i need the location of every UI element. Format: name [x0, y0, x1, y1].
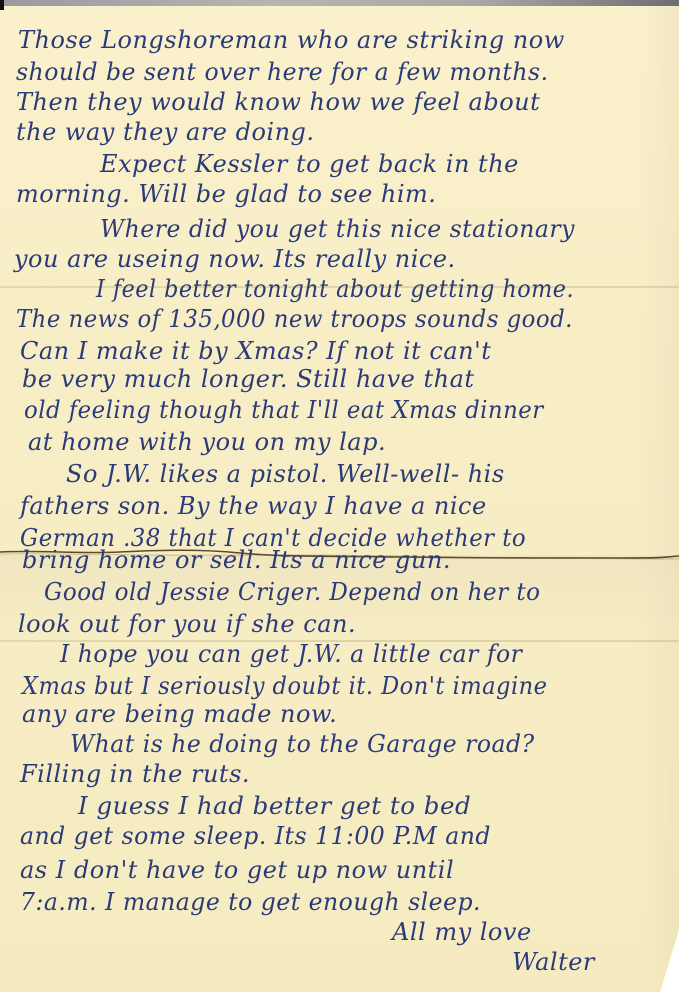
letter-line: the way they are doing. — [16, 118, 315, 146]
letter-line: as I don't have to get up now until — [20, 856, 454, 884]
letter-line: any are being made now. — [22, 700, 337, 728]
letter-line: 7:a.m. I manage to get enough sleep. — [20, 888, 481, 916]
letter-line: Xmas but I seriously doubt it. Don't ima… — [22, 672, 547, 700]
letter-signature: Walter — [512, 948, 595, 976]
letter-line: Good old Jessie Criger. Depend on her to — [44, 578, 540, 606]
letter-line: and get some sleep. Its 11:00 P.M and — [20, 822, 491, 850]
letter-line: I guess I had better get to bed — [78, 792, 471, 820]
letter-line: you are useing now. Its really nice. — [14, 245, 456, 273]
letter-line: Can I make it by Xmas? If not it can't — [20, 337, 491, 365]
letter-body: Those Longshoreman who are striking nows… — [0, 0, 679, 1000]
letter-line: be very much longer. Still have that — [22, 365, 475, 393]
letter-line: fathers son. By the way I have a nice — [20, 492, 487, 520]
letter-line: Filling in the ruts. — [20, 760, 250, 788]
letter-line: Then they would know how we feel about — [16, 88, 540, 116]
letter-line: I hope you can get J.W. a little car for — [60, 640, 522, 668]
letter-line: What is he doing to the Garage road? — [70, 730, 535, 758]
letter-line: Where did you get this nice stationary — [100, 215, 575, 243]
letter-line: morning. Will be glad to see him. — [16, 180, 436, 208]
letter-line: Those Longshoreman who are striking now — [18, 26, 565, 54]
letter-closing: All my love — [392, 918, 532, 946]
letter-line: Expect Kessler to get back in the — [100, 150, 519, 178]
letter-line: at home with you on my lap. — [28, 428, 386, 456]
letter-line: The news of 135,000 new troops sounds go… — [16, 305, 573, 333]
scan-top-edge — [0, 0, 679, 6]
letter-line: So J.W. likes a pistol. Well-well- his — [66, 460, 505, 488]
letter-page: Those Longshoreman who are striking nows… — [0, 0, 679, 1000]
letter-line: old feeling though that I'll eat Xmas di… — [24, 396, 544, 424]
letter-line: bring home or sell. Its a nice gun. — [22, 546, 451, 574]
scan-corner-mark — [0, 0, 4, 10]
letter-line: I feel better tonight about getting home… — [96, 275, 574, 303]
letter-line: should be sent over here for a few month… — [16, 58, 549, 86]
letter-line: look out for you if she can. — [18, 610, 356, 638]
